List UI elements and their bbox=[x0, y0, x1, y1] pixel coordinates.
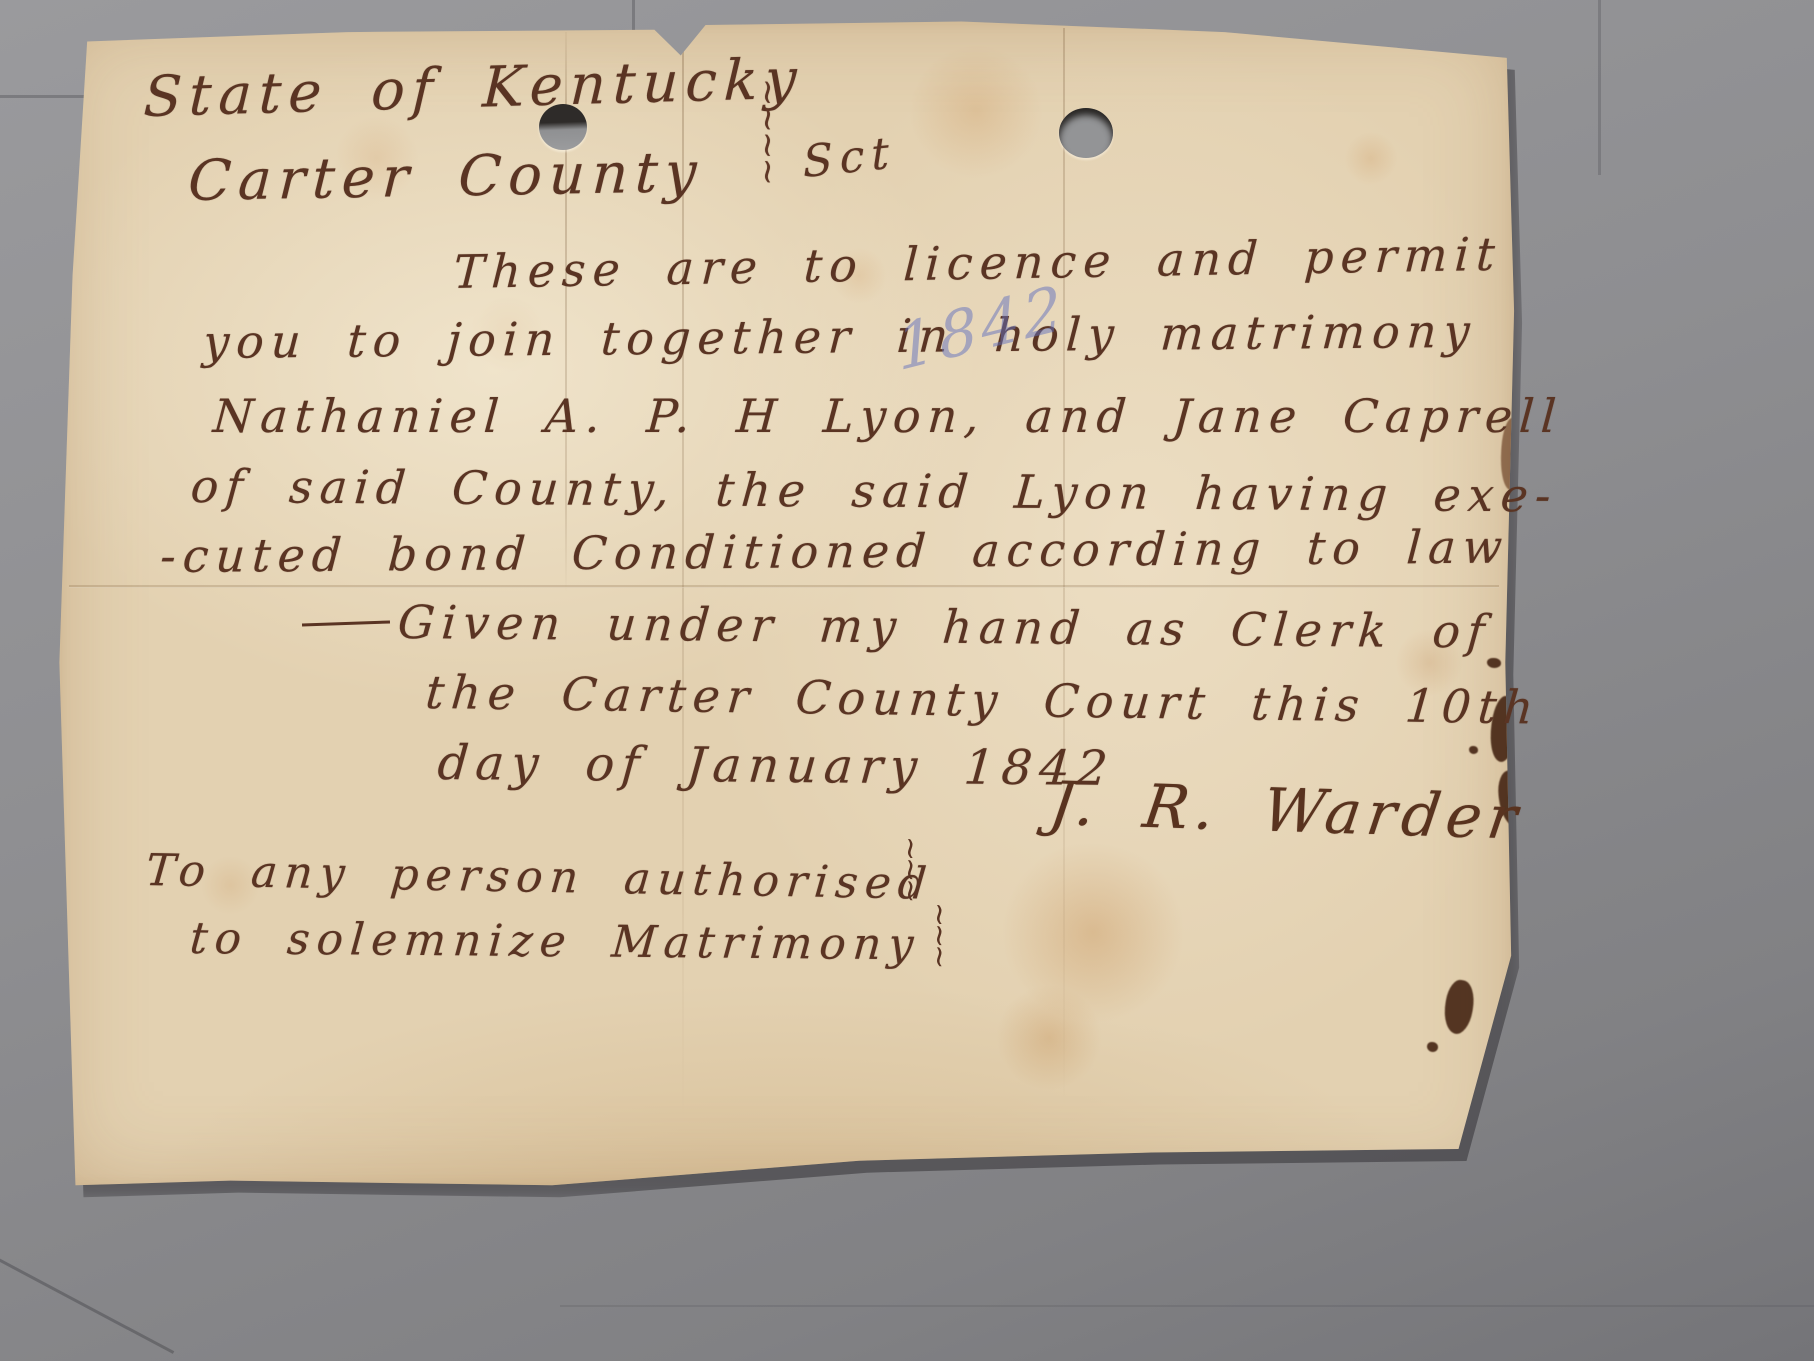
body-line: you to join together in holy matrimony bbox=[202, 305, 1478, 369]
body-line-names: Nathaniel A. P. H Lyon, and Jane Caprell bbox=[211, 390, 1564, 443]
background-seam bbox=[1598, 0, 1601, 175]
punch-hole bbox=[1059, 108, 1113, 158]
background-seam bbox=[0, 95, 92, 98]
clerk-signature: J. R. Warder bbox=[1046, 770, 1528, 854]
attestation-line: Given under my hand as Clerk of bbox=[396, 596, 1494, 658]
ink-blot bbox=[1469, 746, 1478, 754]
body-line: of said County, the said Lyon having exe… bbox=[189, 460, 1560, 522]
ink-blot bbox=[1427, 1042, 1438, 1052]
background-seam bbox=[560, 1305, 1814, 1307]
background-seam bbox=[0, 1248, 174, 1354]
address-line: to solemnize Matrimony bbox=[188, 914, 922, 971]
photo: State of Kentucky Carter County ~~~~ Sct… bbox=[0, 0, 1814, 1361]
ink-blot bbox=[1513, 630, 1523, 639]
ink-blot bbox=[1487, 658, 1501, 668]
brace-flourish: ~~~~ bbox=[748, 78, 787, 228]
heading-county-line: Carter County bbox=[187, 141, 705, 214]
squiggle-flourish: ~~~ bbox=[922, 902, 957, 982]
sct-abbreviation: Sct bbox=[802, 128, 897, 188]
body-line: -cuted bond Conditioned according to law bbox=[159, 521, 1511, 583]
attestation-date-line: day of January 1842 bbox=[436, 736, 1117, 797]
